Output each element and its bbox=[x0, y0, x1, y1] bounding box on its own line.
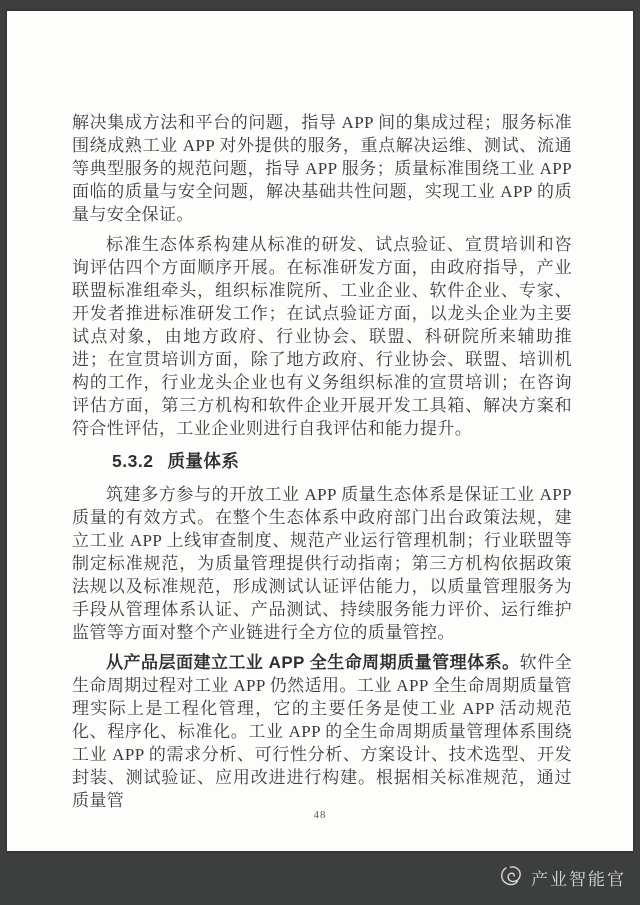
paragraph-quality-ecosystem: 筑建多方参与的开放工业 APP 质量生态体系是保证工业 APP 质量的有效方式。… bbox=[72, 483, 572, 644]
section-heading-number: 5.3.2 bbox=[112, 451, 153, 471]
dark-frame: 解决集成方法和平台的问题，指导 APP 间的集成过程；服务标准围绕成熟工业 AP… bbox=[0, 0, 640, 905]
section-heading-title: 质量体系 bbox=[167, 451, 239, 471]
paragraph-lifecycle-quality: 从产品层面建立工业 APP 全生命周期质量管理体系。软件全生命周期过程对工业 A… bbox=[72, 651, 572, 812]
document-content: 解决集成方法和平台的问题，指导 APP 间的集成过程；服务标准围绕成熟工业 AP… bbox=[72, 111, 572, 819]
brand-footer: 产业智能官 bbox=[498, 862, 626, 892]
paragraph-lead-rest: 软件全生命周期过程对工业 APP 仍然适用。工业 APP 全生命周期质量管理实际… bbox=[72, 653, 572, 810]
swirl-brand-logo-icon bbox=[498, 864, 524, 890]
brand-name: 产业智能官 bbox=[531, 865, 626, 890]
paragraph-lead-bold: 从产品层面建立工业 APP 全生命周期质量管理体系。 bbox=[106, 653, 520, 672]
paragraph-standards-ecosystem: 标准生态体系构建从标准的研发、试点验证、宣贯培训和咨询评估四个方面顺序开展。在标… bbox=[72, 233, 572, 440]
paragraph-continuation: 解决集成方法和平台的问题，指导 APP 间的集成过程；服务标准围绕成熟工业 AP… bbox=[72, 111, 572, 226]
section-heading: 5.3.2质量体系 bbox=[112, 450, 572, 473]
document-page: 解决集成方法和平台的问题，指导 APP 间的集成过程；服务标准围绕成熟工业 AP… bbox=[7, 11, 633, 851]
page-number: 48 bbox=[7, 809, 633, 821]
